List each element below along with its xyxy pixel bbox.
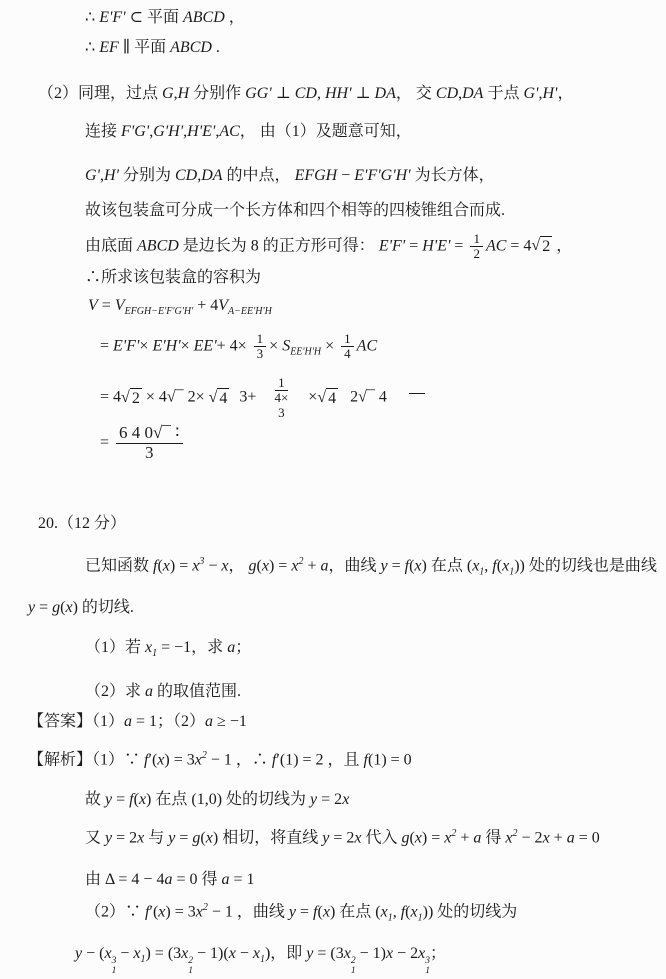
text-line: （2）求 a 的取值范围. (85, 682, 241, 702)
math-var: CD (295, 85, 317, 102)
fraction: 14 (341, 332, 354, 362)
math-var: x (181, 945, 188, 962)
math-var: x (381, 903, 388, 920)
math-var: E'F' (379, 237, 405, 254)
math-var: H' (104, 167, 119, 184)
math-var: V (218, 297, 228, 314)
text-line: 由底面 ABCD 是边长为 8 的正方形可得： E'F' = H'E' = 12… (85, 232, 572, 262)
math-var: AC (486, 237, 506, 254)
math-var: a (227, 639, 235, 656)
text-line: 20.（12 分） (38, 514, 126, 534)
math-var: G'H' (153, 123, 183, 140)
math-var: CD (175, 167, 197, 184)
text-line: （1）若 x1 = −1，求 a； (85, 638, 251, 661)
math-var: x (229, 945, 236, 962)
text-line: = 6 4 0√¯ ∶3 (100, 424, 186, 462)
math-var: H'E' (422, 237, 450, 254)
text-line: 故 y = f(x) 在点 (1,0) 处的切线为 y = 2x (85, 790, 349, 810)
text-line: ∴ EF ∥ 平面 ABCD . (85, 38, 220, 58)
fraction: 14×3 (273, 376, 289, 420)
text-line: ∴ E'F' ⊂ 平面 ABCD ， (85, 8, 245, 28)
math-var: g (52, 599, 60, 616)
text-line: 故该包装盒可分成一个长方体和四个相等的四棱锥组合而成. (85, 201, 505, 221)
math-var: x (344, 945, 351, 962)
math-var: x (195, 751, 202, 768)
math-var: H'E' (187, 123, 215, 140)
math-var: AC (357, 337, 377, 354)
text-line: 又 y = 2x 与 y = g(x) 相切，将直线 y = 2x 代入 g(x… (85, 828, 600, 848)
text-line: y = g(x) 的切线. (28, 598, 134, 618)
math-var: G (162, 85, 174, 102)
math-var: H' (542, 85, 557, 102)
math-var: x (104, 945, 111, 962)
text-line: （2）同理，过点 G,H 分别作 GG' ⊥ CD, HH' ⊥ DA， 交 C… (38, 84, 573, 104)
math-var: x (414, 557, 421, 574)
math-var: a (222, 871, 230, 888)
text-line: = 4√2 × 4√¯ 2× √43+14×3×√42√¯ 4 (100, 376, 425, 420)
math-var: GG' (245, 85, 272, 102)
math-var: x (253, 945, 260, 962)
math-var: ABCD (170, 39, 212, 56)
document-page: ∴ E'F' ⊂ 平面 ABCD ，∴ EF ∥ 平面 ABCD .（2）同理，… (0, 0, 666, 979)
math-var: x (221, 557, 228, 574)
math-var: x (415, 829, 422, 846)
math-var: EE' (194, 337, 217, 354)
math-var: y (289, 903, 296, 920)
math-var: G' (523, 85, 538, 102)
math-var: EFGH (295, 167, 338, 184)
math-var: E'F' (113, 337, 139, 354)
math-var: E'F' (99, 9, 125, 26)
math-var: x (65, 599, 72, 616)
math-var: x (342, 791, 349, 808)
text-line: = E'F'× E'H'× EE'+ 4× 13× SEE'H'H × 14AC (100, 332, 377, 362)
radical: √2 (531, 236, 552, 257)
text-line: 已知函数 f(x) = x3 − x， g(x) = x2 + a，曲线 y =… (85, 556, 657, 579)
text-line: V = VEFGH−E'F'G'H' + 4VA−EE'H'H (88, 296, 272, 319)
math-var: ABCD (183, 9, 225, 26)
math-var: x (323, 903, 330, 920)
math-var: F'G' (121, 123, 149, 140)
math-var: ABCD (137, 237, 179, 254)
math-var: x (163, 557, 170, 574)
math-var: a (205, 713, 213, 730)
math-var: a (124, 713, 132, 730)
math-var: x (139, 791, 146, 808)
text-line: 连接 F'G',G'H',H'E',AC， 由（1）及题意可知， (85, 122, 412, 142)
text-line: 【答案】（1）a = 1；（2）a ≥ −1 (28, 712, 247, 732)
math-var: G' (85, 167, 100, 184)
math-var: EF (99, 39, 119, 56)
math-var: y (380, 557, 387, 574)
fraction: 6 4 0√¯ ∶3 (116, 424, 183, 462)
text-line: ∴所求该包装盒的容积为 (85, 268, 261, 288)
math-var: x (196, 903, 203, 920)
math-var: DA (462, 85, 483, 102)
math-var: HH' (325, 85, 352, 102)
math-var: x (262, 557, 269, 574)
radical: √2 (121, 388, 142, 409)
math-var: x (543, 829, 550, 846)
math-var: E'F'G'H' (354, 167, 410, 184)
math-var: V (88, 297, 98, 314)
math-var: V (115, 297, 125, 314)
overline-mark (409, 393, 425, 402)
text-line: G',H' 分别为 CD,DA 的中点， EFGH − E'F'G'H' 为长方… (85, 166, 495, 186)
radical: √4 (317, 388, 338, 409)
math-var: CD (436, 85, 458, 102)
math-var: a (145, 683, 153, 700)
math-var: H (178, 85, 190, 102)
math-var: g (249, 557, 257, 574)
text-line: 【解析】（1）∵ f′(x) = 3x2 − 1 ，∴ f′(1) = 2 ，且… (28, 750, 412, 770)
math-var: AC (219, 123, 239, 140)
math-var: E'H' (152, 337, 180, 354)
math-var: S (282, 337, 290, 354)
fraction: 12 (470, 232, 483, 262)
math-var: DA (201, 167, 222, 184)
math-var: x (206, 829, 213, 846)
math-var: x (411, 903, 418, 920)
fraction: 13 (254, 332, 267, 362)
math-var: x (505, 829, 512, 846)
text-line: 由 Δ = 4 − 4a = 0 得 a = 1 (85, 870, 255, 890)
radical: √4 (209, 388, 230, 409)
text-line: y − (x31 − x1) = (3x21 − 1)(x − x1)，即 y … (75, 944, 446, 976)
math-var: a (567, 829, 575, 846)
text-line: （2）∵ f′(x) = 3x2 − 1 ，曲线 y = f(x) 在点 (x1… (85, 902, 517, 925)
math-var: DA (375, 85, 396, 102)
